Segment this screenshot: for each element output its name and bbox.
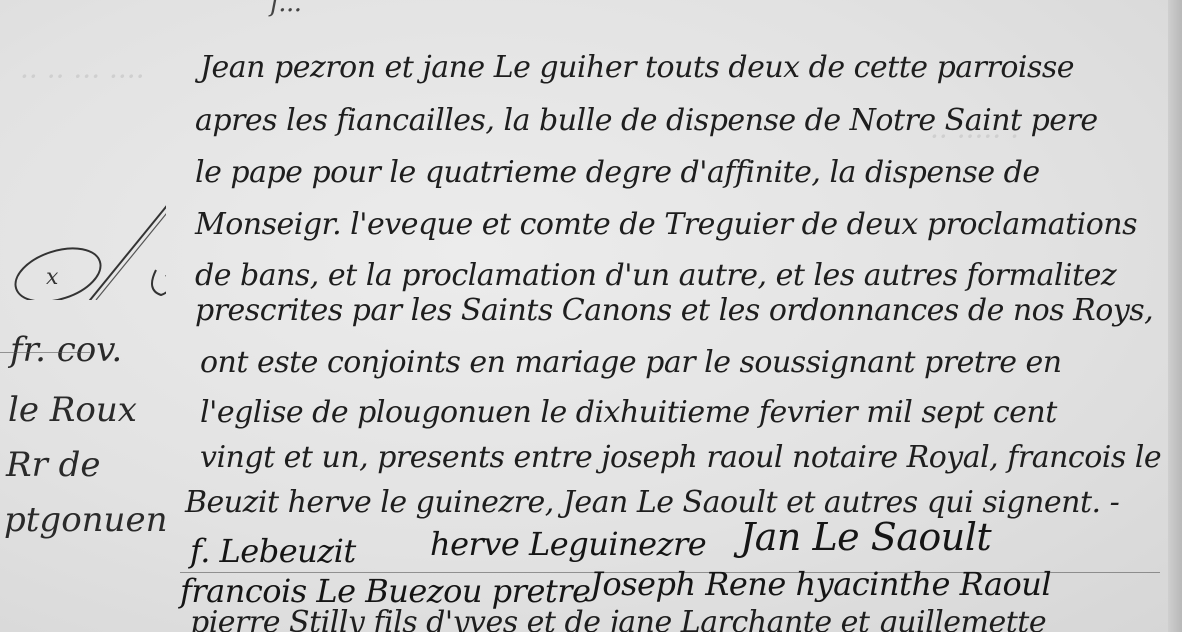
signature: herve Leguinezre: [430, 525, 706, 563]
record-line: vingt et un, presents entre joseph raoul…: [200, 440, 1161, 475]
margin-note: le Roux: [8, 390, 137, 430]
signature: Jan Le Saoult: [740, 515, 991, 559]
register-page: ·· ·· ··· ···· ·· ····· · f... x fr. cov…: [0, 0, 1182, 632]
margin-note: ptgonuen: [4, 500, 167, 540]
record-line: Jean pezron et jane Le guiher touts deux…: [200, 50, 1074, 85]
signature: f. Lebeuzit: [190, 532, 356, 570]
bleed-through-text: ·· ·· ··· ····: [20, 60, 145, 93]
record-line: ont este conjoints en mariage par le sou…: [200, 345, 1062, 380]
signature: Joseph Rene hyacinthe Raoul: [590, 565, 1051, 603]
page-edge: [1168, 0, 1182, 632]
record-line: Monseigr. l'eveque et comte de Treguier …: [195, 207, 1137, 242]
record-line: le pape pour le quatrieme degre d'affini…: [195, 155, 1040, 190]
record-line: apres les fiancailles, la bulle de dispe…: [195, 103, 1098, 138]
record-line: prescrites par les Saints Canons et les …: [195, 293, 1153, 328]
margin-rule: [0, 352, 90, 353]
margin-note: Rr de: [6, 445, 101, 485]
margin-x-mark-icon: x: [6, 160, 166, 300]
margin-note: fr. cov.: [10, 330, 122, 370]
svg-text:x: x: [46, 265, 59, 290]
top-fragment: f...: [270, 0, 302, 18]
next-entry-line: pierre Stilly fils d'yves et de jane Lar…: [190, 605, 1046, 632]
record-line: l'eglise de plougonuen le dixhuitieme fe…: [200, 395, 1057, 430]
record-line: de bans, et la proclamation d'un autre, …: [195, 258, 1116, 293]
